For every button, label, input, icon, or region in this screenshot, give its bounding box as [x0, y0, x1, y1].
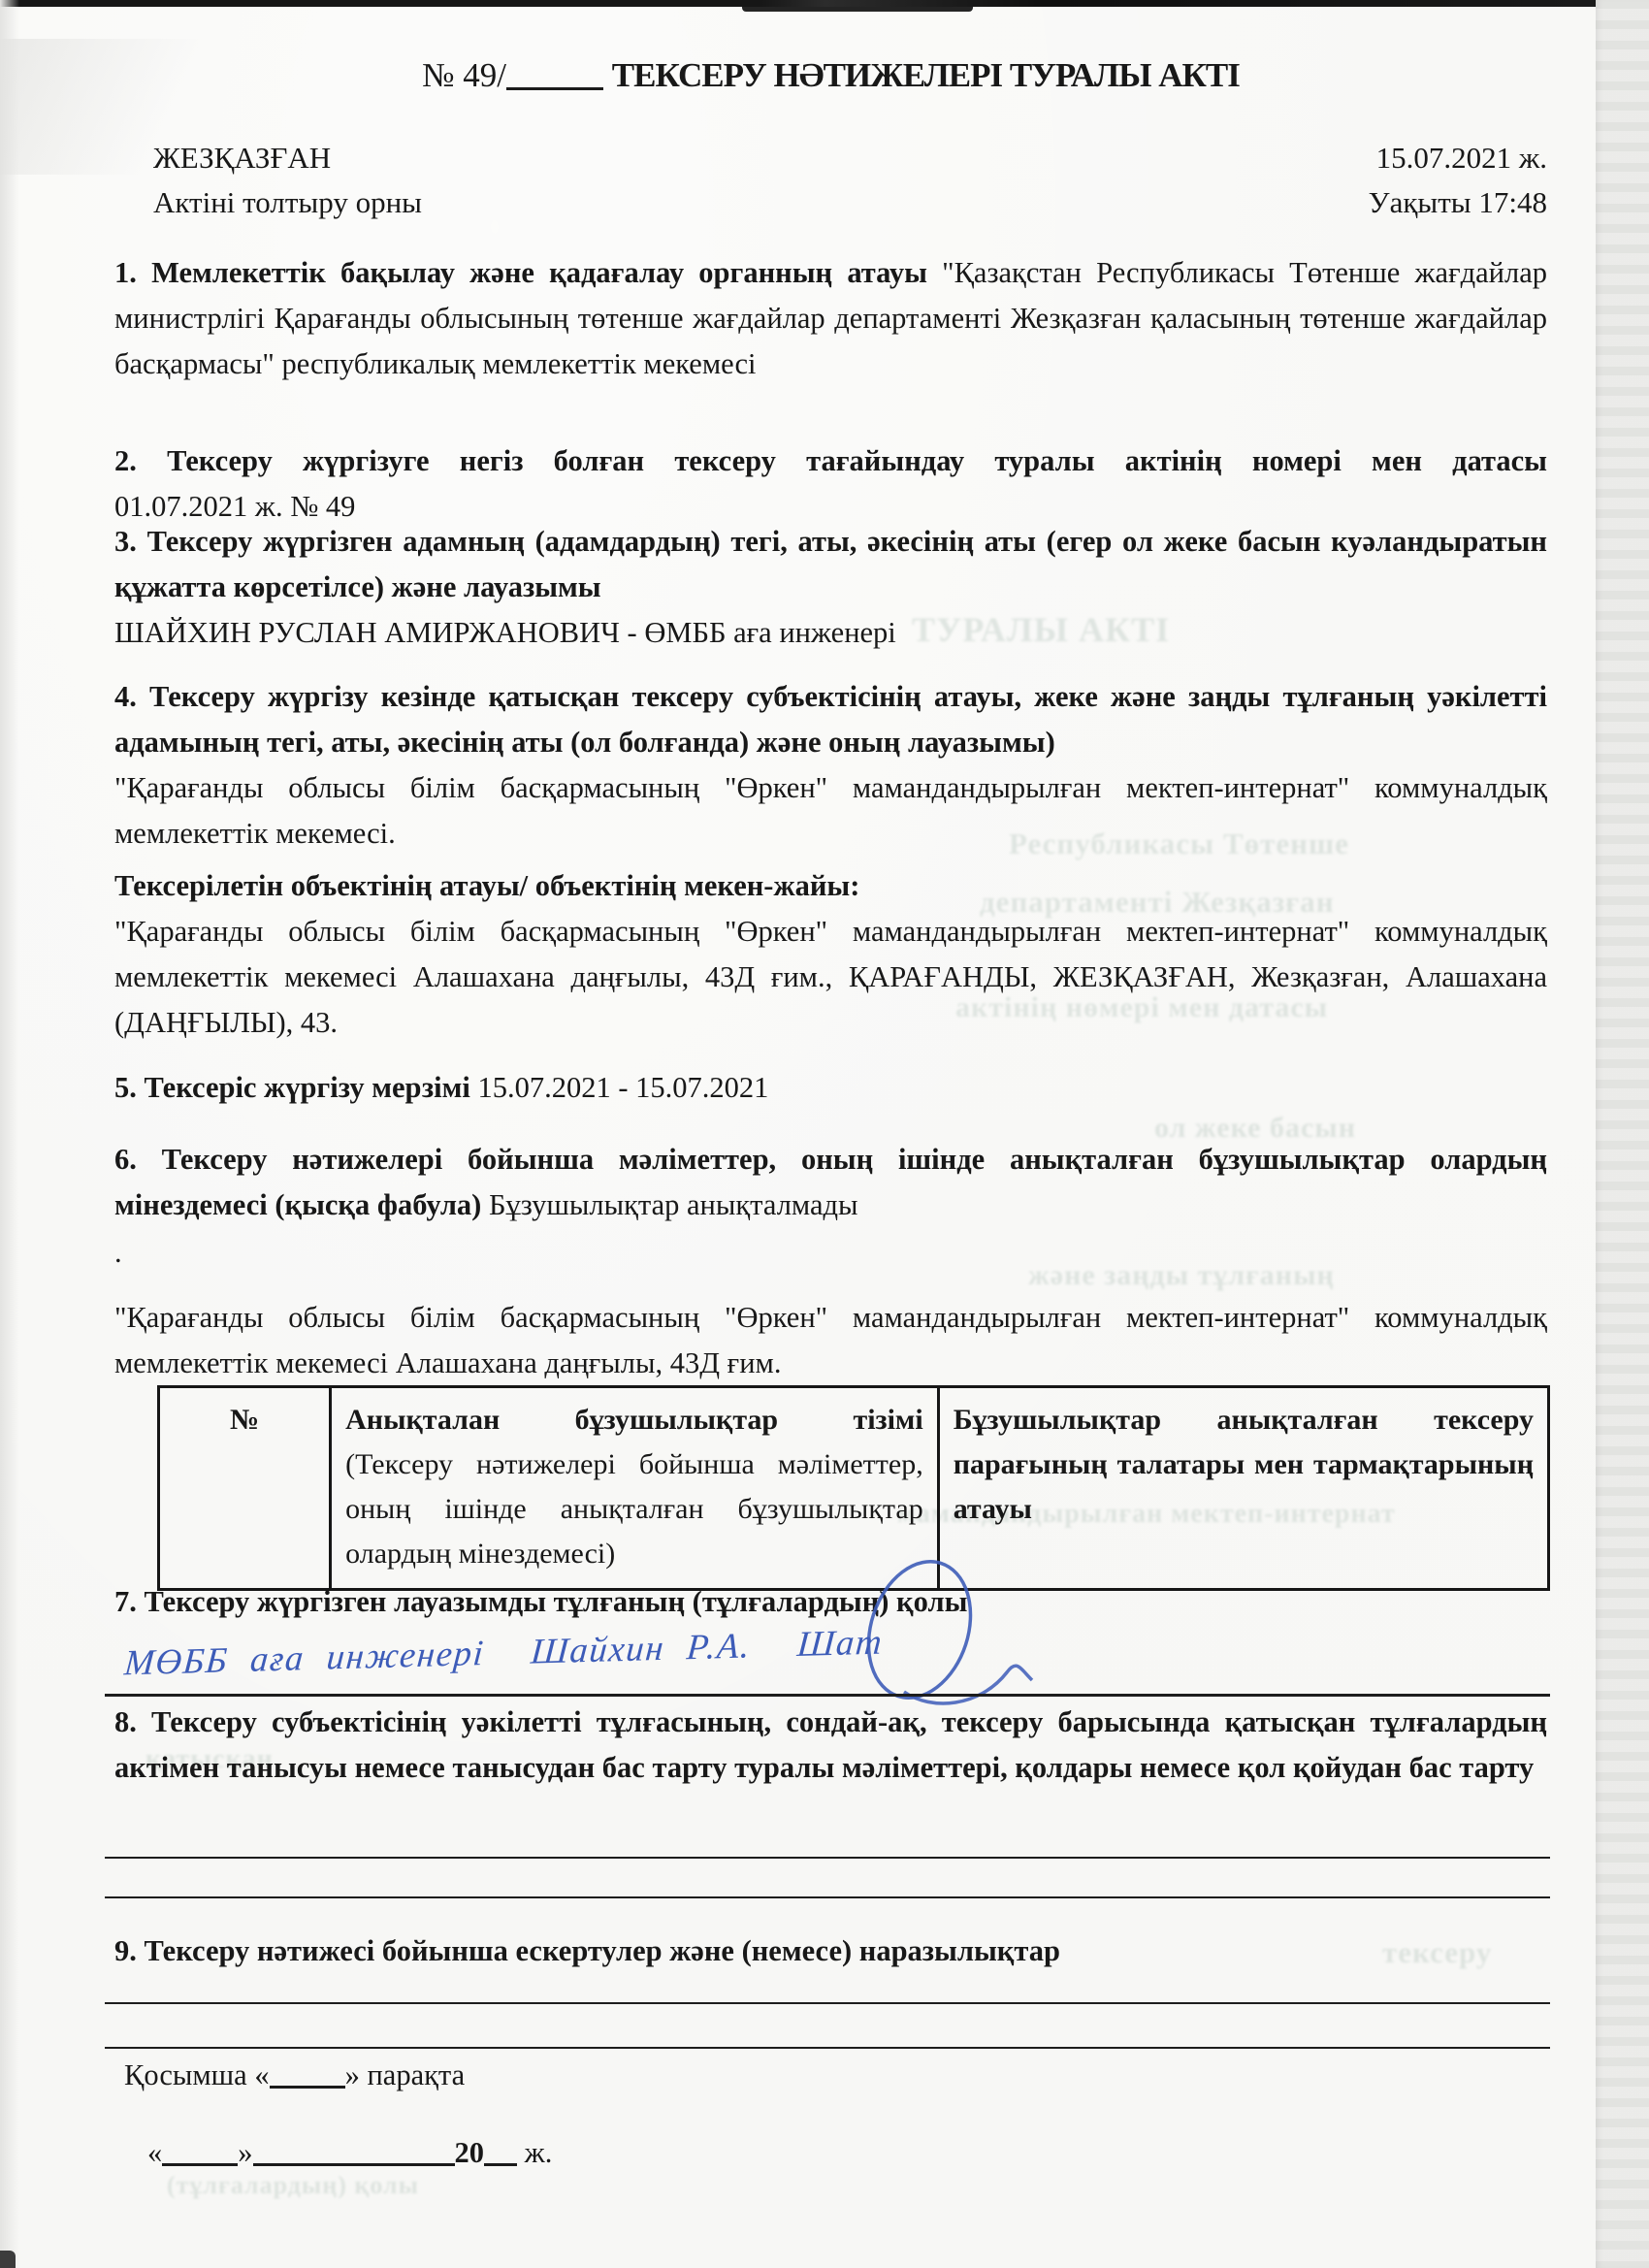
signature-rule-line [105, 1694, 1550, 1697]
col-violations-subtitle: (Тексеру нәтижелері бойынша мәліметтер, … [345, 1442, 923, 1576]
section-5-value: 15.07.2021 - 15.07.2021 [477, 1071, 768, 1104]
act-number: № 49/ [422, 56, 506, 94]
scan-top-edge [0, 0, 1649, 7]
act-time: Уақыты 17:48 [1369, 180, 1547, 225]
violations-table-wrap: № Анықталан бұзушылықтар тізімі (Тексеру… [157, 1385, 1550, 1591]
meta-block: ЖЕЗҚАЗҒАН Актіні толтыру орны 15.07.2021… [153, 136, 1547, 225]
appendix-suffix: » парақта [345, 2058, 466, 2091]
date-open-quote: « [147, 2136, 162, 2169]
section-5: 5. Тексеріс жүргізу мерзімі 15.07.2021 -… [114, 1065, 1547, 1111]
section-8: 8. Тексеру субъектісінің уәкілетті тұлға… [114, 1700, 1547, 1791]
section-1: 1. Мемлекеттік бақылау және қадағалау ор… [114, 250, 1547, 387]
place-city: ЖЕЗҚАЗҒАН [153, 136, 422, 180]
section-7-heading: 7. Тексеру жүргізген лауазымды тұлғаның … [114, 1585, 967, 1618]
blank-rule-line [105, 2047, 1550, 2049]
act-number-blank [506, 58, 603, 90]
date-close-quote: » [238, 2136, 252, 2169]
col-number-header: № [159, 1387, 331, 1590]
scan-right-edge [1596, 0, 1649, 2268]
act-date: 15.07.2021 ж. [1369, 136, 1547, 180]
col-sheet-header: Бұзушылықтар анықталған тексеру парағыны… [938, 1387, 1548, 1590]
section-2-value: 01.07.2021 ж. № 49 [114, 490, 355, 523]
col-violations-title: Анықталан бұзушылықтар тізімі [345, 1398, 923, 1442]
scan-corner-mark [0, 2251, 16, 2268]
col-violations-header: Анықталан бұзушылықтар тізімі (Тексеру н… [331, 1387, 939, 1590]
object-value: "Қарағанды облысы білім басқармасының "Ө… [114, 909, 1547, 1046]
section-1-heading: 1. Мемлекеттік бақылау және қадағалау ор… [114, 256, 927, 289]
document-title-row: № 49/ ТЕКСЕРУ НӘТИЖЕЛЕРІ ТУРАЛЫ АКТІ [114, 56, 1547, 95]
section-4: 4. Тексеру жүргізу кезінде қатысқан текс… [114, 674, 1547, 857]
section-3-heading: 3. Тексеру жүргізген адамның (адамдардың… [114, 525, 1547, 603]
date-year-blank [484, 2134, 517, 2166]
object-block: Тексерілетін объектінің атауы/ объектіні… [114, 863, 1547, 1046]
section-2-heading: 2. Тексеру жүргізуге негіз болған тексер… [114, 438, 1547, 484]
blank-rule-line [105, 2002, 1550, 2004]
appendix-prefix: Қосымша « [124, 2058, 270, 2091]
scanned-inspection-act-page: ТУРАЛЫ АКТІРеспубликасы Төтеншедепартаме… [0, 0, 1649, 2268]
section-6-value: Бұзушылықтар анықталмады [489, 1188, 858, 1221]
section-4-value: "Қарағанды облысы білім басқармасының "Ө… [114, 765, 1547, 857]
violations-table: № Анықталан бұзушылықтар тізімі (Тексеру… [157, 1385, 1550, 1591]
date-day-blank [162, 2134, 238, 2166]
section-4-heading: 4. Тексеру жүргізу кезінде қатысқан текс… [114, 680, 1547, 759]
section-2: 2. Тексеру жүргізуге негіз болған тексер… [114, 438, 1547, 530]
date-month-blank [253, 2134, 455, 2166]
date-fill-line: «»20 ж. [147, 2130, 1580, 2176]
address-repeat: "Қарағанды облысы білім басқармасының "Ө… [114, 1295, 1547, 1386]
section-9: 9. Тексеру нәтижесі бойынша ескертулер ж… [114, 1928, 1547, 1974]
section-7: 7. Тексеру жүргізген лауазымды тұлғаның … [114, 1579, 1547, 1625]
appendix-line: Қосымша «» парақта [124, 2053, 1557, 2098]
page-title: ТЕКСЕРУ НӘТИЖЕЛЕРІ ТУРАЛЫ АКТІ [612, 56, 1240, 94]
meta-left: ЖЕЗҚАЗҒАН Актіні толтыру орны [153, 136, 422, 225]
blank-rule-line [105, 1896, 1550, 1898]
scan-top-edge-blob [742, 7, 973, 12]
date-suffix: ж. [525, 2136, 553, 2169]
violations-table-header-row: № Анықталан бұзушылықтар тізімі (Тексеру… [159, 1387, 1549, 1590]
stray-dot: . [114, 1230, 1547, 1276]
section-8-heading: 8. Тексеру субъектісінің уәкілетті тұлға… [114, 1705, 1547, 1784]
appendix-blank [270, 2057, 345, 2089]
blank-rule-line [105, 1857, 1550, 1859]
section-3-value: ШАЙХИН РУСЛАН АМИРЖАНОВИЧ - ӨМББ аға инж… [114, 610, 1547, 656]
section-6: 6. Тексеру нәтижелері бойынша мәліметтер… [114, 1137, 1547, 1228]
handwriting-position: МӨББ аға инженері [123, 1634, 486, 1683]
place-label: Актіні толтыру орны [153, 180, 422, 225]
object-heading: Тексерілетін объектінің атауы/ объектіні… [114, 869, 859, 902]
date-year-prefix: 20 [455, 2136, 485, 2169]
scan-left-edge [0, 0, 19, 2268]
handwriting-name: Шайхин Р.А. [530, 1626, 753, 1671]
section-5-heading: 5. Тексеріс жүргізу мерзімі [114, 1071, 470, 1104]
section-9-heading: 9. Тексеру нәтижесі бойынша ескертулер ж… [114, 1934, 1060, 1967]
handwriting-flourish: Шат [795, 1622, 884, 1665]
meta-right: 15.07.2021 ж. Уақыты 17:48 [1369, 136, 1547, 225]
section-3: 3. Тексеру жүргізген адамның (адамдардың… [114, 519, 1547, 656]
